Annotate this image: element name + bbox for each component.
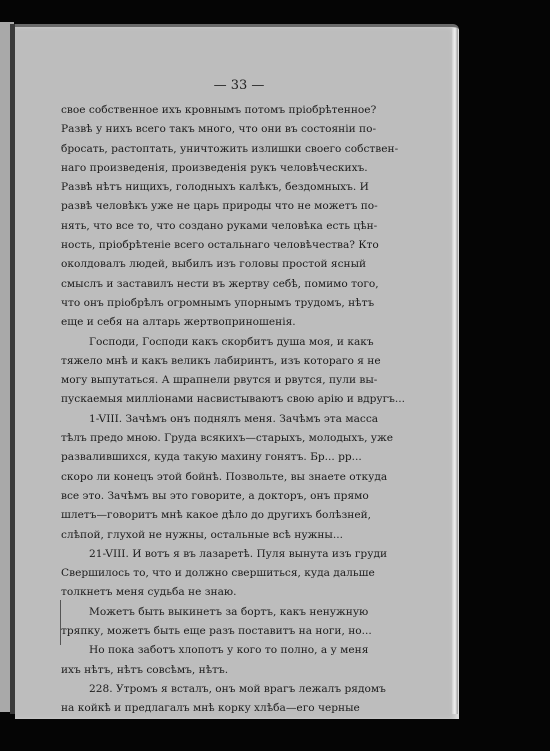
text-line: Можетъ быть выкинетъ за бортъ, какъ нену… [61,603,352,622]
text-line: смыслъ и заставилъ нести въ жертву себѣ,… [61,275,352,294]
text-line: толкнетъ меня судьба не знаю. [61,583,352,602]
text-line: 1-VIII. Зачѣмъ онъ поднялъ меня. Зачѣмъ … [61,410,352,429]
text-line: ность, пріобрѣтеніе всего остальнаго чел… [61,236,352,255]
page-number: — 33 — [0,78,478,93]
text-line: бросать, растоптать, уничтожить излишки … [61,140,352,159]
text-line: на койкѣ и предлагалъ мнѣ корку хлѣба—ег… [61,699,352,718]
text-line: все это. Зачѣмъ вы это говорите, а докто… [61,487,352,506]
text-line: развѣ человѣкъ уже не царь природы что н… [61,197,352,216]
text-line: 21-VIII. И вотъ я въ лазаретѣ. Пуля выну… [61,545,352,564]
text-line: скоро ли конецъ этой бойнѣ. Позвольте, в… [61,468,352,487]
body-text: свое собственное ихъ кровнымъ потомъ прі… [61,101,352,719]
text-line: 228. Утромъ я всталъ, онъ мой врагъ лежа… [61,680,352,699]
text-line: пускаемыя милліонами насвистываютъ свою … [61,390,352,409]
text-line: тяжело мнѣ и какъ великъ лабиринтъ, изъ … [61,352,352,371]
text-line: шлетъ—говоритъ мнѣ какое дѣло до другихъ… [61,506,352,525]
text-line: ихъ нѣтъ, нѣтъ совсѣмъ, нѣтъ. [61,661,352,680]
text-line: развалившихся, куда такую махину гонятъ.… [61,448,352,467]
text-line: Свершилось то, что и должно свершиться, … [61,564,352,583]
text-line: могу выпутаться. А шрапнели рвутся и рву… [61,371,352,390]
text-line: что онъ пріобрѣлъ огромнымъ упорнымъ тру… [61,294,352,313]
text-line: свое собственное ихъ кровнымъ потомъ прі… [61,101,352,120]
text-line: Господи, Господи какъ скорбитъ душа моя,… [61,333,352,352]
page-right-edge [452,28,458,714]
text-line: Развѣ нѣтъ нищихъ, голодныхъ калѣкъ, без… [61,178,352,197]
text-line: еще и себя на алтарь жертвоприношенія. [61,313,352,332]
text-line: наго произведенія, произведенія рукъ чел… [61,159,352,178]
text-line: тряпку, можетъ быть еще разъ поставитъ н… [61,622,352,641]
text-line: слѣпой, глухой не нужны, остальные всѣ н… [61,526,352,545]
text-line: околдовалъ людей, выбилъ изъ головы прос… [61,255,352,274]
text-line: Развѣ у нихъ всего такъ много, что они в… [61,120,352,139]
text-line: Но пока заботъ хлопотъ у кого то полно, … [61,641,352,660]
text-line: тѣлъ предо мною. Груда всякихъ—старыхъ, … [61,429,352,448]
text-line: нять, что все то, что создано руками чел… [61,217,352,236]
